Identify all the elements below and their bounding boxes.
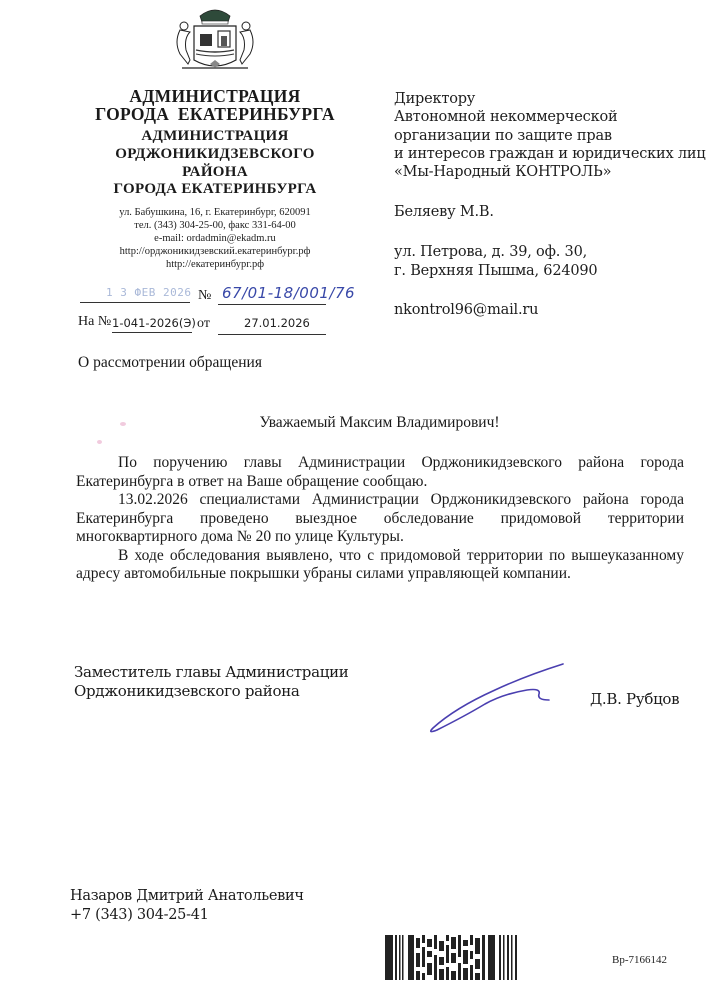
greeting: Уважаемый Максим Владимирович! <box>0 414 709 432</box>
date-stamp: 1 3 ФЕВ 2026 <box>106 286 191 299</box>
sender-site-city: http://екатеринбург.рф <box>70 258 360 272</box>
recipient-email: nkontrol96@mail.ru <box>394 301 538 320</box>
paragraph-3: В ходе обследования выявлено, что с прид… <box>76 547 684 584</box>
paragraph-2: 13.02.2026 специалистами Администрации О… <box>76 491 684 547</box>
executor-info: Назаров Дмитрий Анатольевич +7 (343) 304… <box>70 887 304 925</box>
suborg-name-line4: ГОРОДА ЕКАТЕРИНБУРГА <box>70 180 360 198</box>
signer-title: Заместитель главы Администрации Орджоник… <box>74 663 349 701</box>
sender-address: ул. Бабушкина, 16, г. Екатеринбург, 6200… <box>70 206 360 220</box>
ref-date-label: от <box>197 316 210 332</box>
reg-number-label: № <box>198 288 211 304</box>
recipient-org-line1: Автономной некоммерческой <box>394 108 617 127</box>
org-name-line2: ГОРОДА ЕКАТЕРИНБУРГА <box>70 104 360 124</box>
executor-phone: +7 (343) 304-25-41 <box>70 906 304 925</box>
sender-email: e-mail: ordadmin@ekadm.ru <box>70 232 360 246</box>
date-underline <box>80 302 190 303</box>
pdf417-barcode-icon <box>385 935 525 980</box>
recipient-org-line4: «Мы-Народный КОНТРОЛЬ» <box>394 163 611 182</box>
executor-name: Назаров Дмитрий Анатольевич <box>70 887 304 906</box>
recipient-name: Беляеву М.В. <box>394 203 494 222</box>
suborg-name-line1: АДМИНИСТРАЦИЯ <box>70 127 360 145</box>
org-name-line1: АДМИНИСТРАЦИЯ <box>70 86 360 106</box>
sender-phone: тел. (343) 304-25-00, факс 331-64-00 <box>70 219 360 233</box>
reg-number-handwritten: 67/01-18/001/76 <box>222 284 355 302</box>
ref-date-underline <box>218 334 326 335</box>
recipient-org-line2: организации по защите прав <box>394 127 612 146</box>
ref-number-label: На № <box>78 314 111 330</box>
coat-of-arms-icon <box>160 2 270 78</box>
paragraph-1: По поручению главы Администрации Орджони… <box>76 454 684 491</box>
recipient-address-line1: ул. Петрова, д. 39, оф. 30, <box>394 243 587 262</box>
ref-number-value: 1-041-2026(Э) <box>112 316 196 330</box>
signer-title-line1: Заместитель главы Администрации <box>74 663 349 682</box>
signer-title-line2: Орджоникидзевского района <box>74 682 349 701</box>
signer-name: Д.В. Рубцов <box>590 690 679 708</box>
recipient-address-line2: г. Верхняя Пышма, 624090 <box>394 262 597 281</box>
letter-subject: О рассмотрении обращения <box>78 354 262 372</box>
recipient-position: Директору <box>394 90 475 109</box>
handwritten-signature-icon <box>415 660 585 740</box>
suborg-name-line2: ОРДЖОНИКИДЗЕВСКОГО <box>70 145 360 163</box>
letter-body: По поручению главы Администрации Орджони… <box>76 454 684 584</box>
suborg-name-line3: РАЙОНА <box>70 163 360 181</box>
ref-number-underline <box>112 332 192 333</box>
ink-smudge <box>97 440 102 444</box>
sender-site-district: http://орджоникидзевский.екатеринбург.рф <box>70 245 360 259</box>
ref-date-value: 27.01.2026 <box>244 316 310 330</box>
reg-number-underline <box>218 304 326 305</box>
document-id: Вр-7166142 <box>612 954 667 966</box>
recipient-org-line3: и интересов граждан и юридических лиц <box>394 145 705 164</box>
